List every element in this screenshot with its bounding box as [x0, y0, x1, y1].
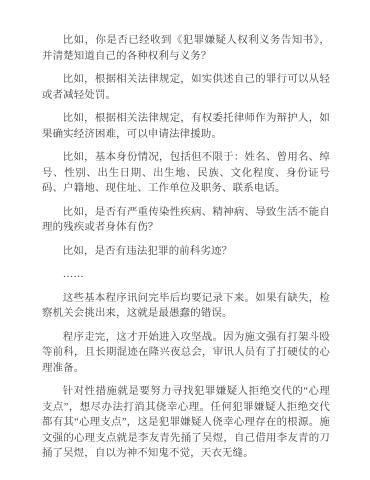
paragraph: 比如，是否有违法犯罪的前科劣迹？ — [42, 244, 330, 260]
paragraph: 针对性措施就是要努力寻找犯罪嫌疑人拒绝交代的“心理支点”，想尽办法打消其侥幸心理… — [42, 384, 330, 462]
paragraph: 比如，你是否已经收到《犯罪嫌疑人权利义务告知书》，并清楚知道自己的各种权利与义务… — [42, 33, 330, 64]
paragraph: 比如，基本身份情况，包括但不限于：姓名、曾用名、绰号、性别、出生日期、出生地、民… — [42, 150, 330, 197]
paragraph: 这些基本程序讯问完毕后均要记录下来。如果有缺失，检察机关会挑出来，这就是最愚蠢的… — [42, 291, 330, 322]
paragraph: 程序走完，这才开始进入攻坚战。因为施文强有打架斗殴等前科，且长期混迹在隆兴夜总会… — [42, 330, 330, 377]
ebook-page: 比如，你是否已经收到《犯罪嫌疑人权利义务告知书》，并清楚知道自己的各种权利与义务… — [0, 0, 370, 480]
paragraph: 比如，是否有严重传染性疾病、精神病、导致生活不能自理的残疾或者身体有伤？ — [42, 205, 330, 236]
paragraph-ellipsis: …… — [42, 267, 330, 283]
paragraph: 比如，根据相关法律规定，有权委托律师作为辩护人，如果确实经济困难，可以申请法律援… — [42, 111, 330, 142]
paragraph: 比如，根据相关法律规定，如实供述自己的罪行可以从轻或者减轻处罚。 — [42, 72, 330, 103]
